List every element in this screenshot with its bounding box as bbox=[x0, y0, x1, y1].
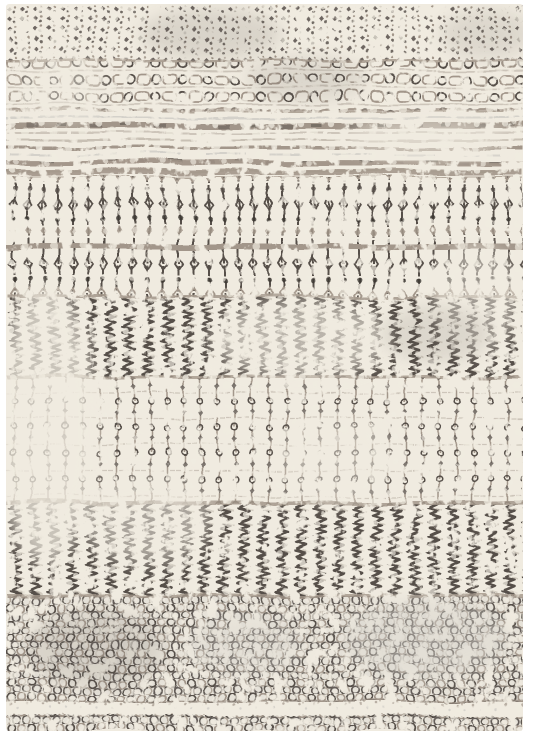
rug bbox=[0, 4, 531, 731]
product-photo bbox=[0, 0, 533, 741]
rug-patch-dark bbox=[246, 57, 366, 101]
rug-patch-grayLight bbox=[341, 599, 511, 679]
rug-image bbox=[0, 0, 533, 741]
rug-patch-cream bbox=[346, 117, 506, 161]
rug-patch-dark bbox=[381, 306, 491, 362]
rug-patch-dark bbox=[441, 9, 531, 59]
rug-patch-cream bbox=[81, 474, 211, 564]
rug-patch-cream bbox=[281, 414, 391, 504]
rug-patch-dark bbox=[26, 611, 166, 687]
rug-patch-cream bbox=[211, 301, 391, 377]
rug-patch-dark bbox=[141, 8, 281, 60]
rug-patch-grayLight bbox=[186, 614, 306, 674]
rug-patch-cream bbox=[16, 54, 106, 124]
